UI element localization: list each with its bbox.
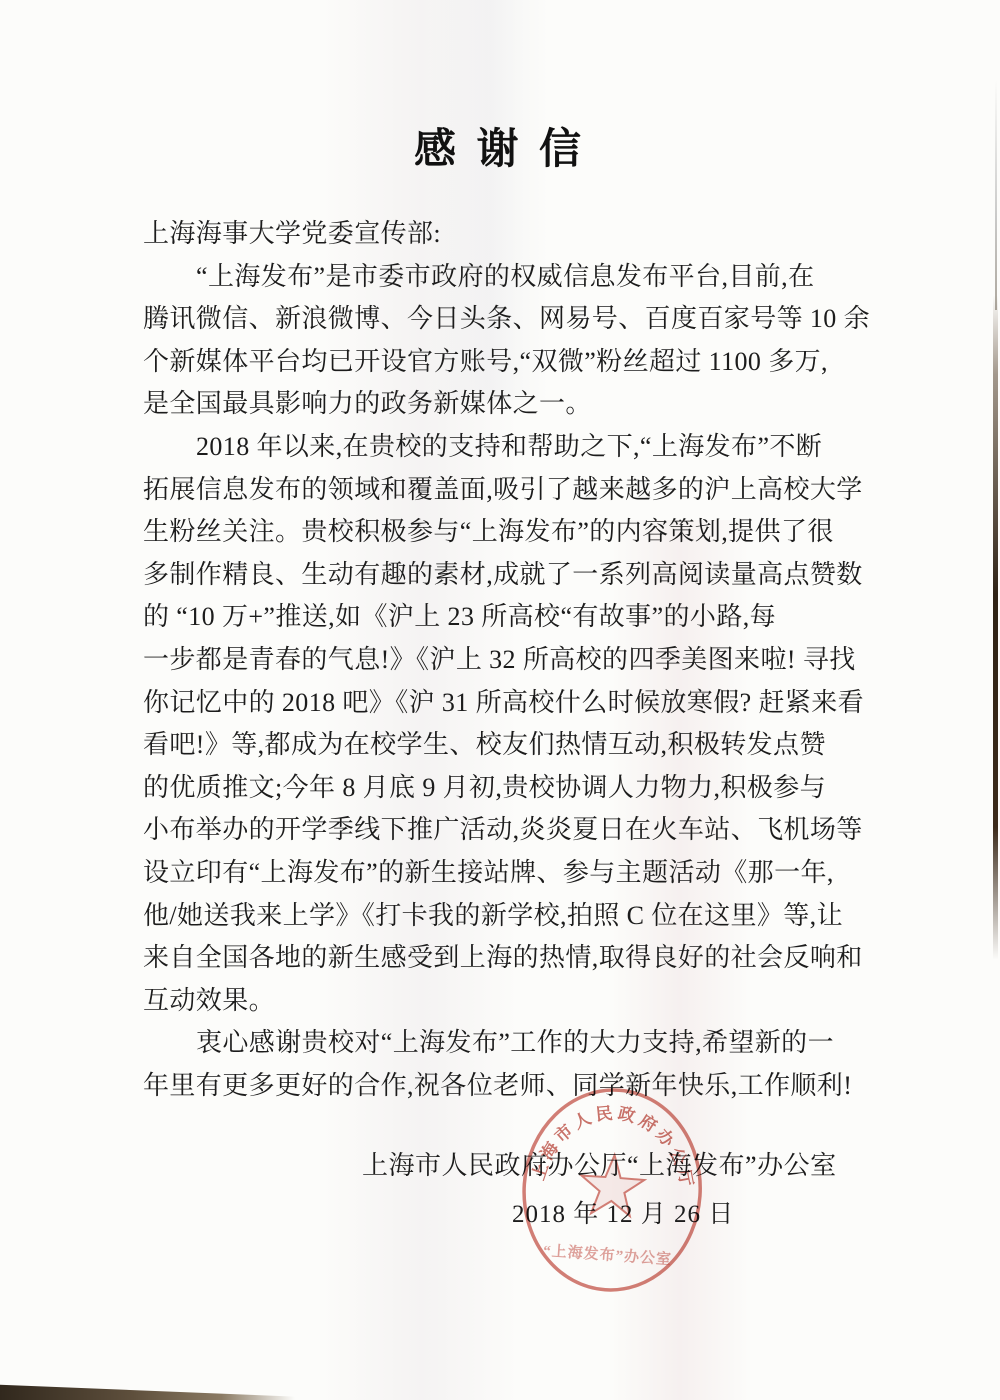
scanned-letter-page: 感 谢 信 上海海事大学党委宣传部: “上海发布”是市委市政府的权威信息发布平台… [0, 0, 1000, 1400]
letter-line: 的优质推文;今年 8 月底 9 月初,贵校协调人力物力,积极参与 [143, 767, 869, 810]
letter-line: 的 “10 万+”推送,如《沪上 23 所高校“有故事”的小路,每 [143, 596, 869, 639]
scan-edge-right [993, 295, 998, 960]
scan-edge-bottom-left [0, 1383, 295, 1400]
letter-line: 他/她送我来上学》《打卡我的新学校,拍照 C 位在这里》等,让 [143, 895, 869, 938]
letter-line: 拓展信息发布的领域和覆盖面,吸引了越来越多的沪上高校大学 [143, 469, 869, 512]
letter-body: 上海海事大学党委宣传部: “上海发布”是市委市政府的权威信息发布平台,目前,在 … [143, 213, 869, 1107]
date-line: 2018 年 12 月 26 日 [512, 1194, 734, 1230]
letter-line: 设立印有“上海发布”的新生接站牌、参与主题活动《那一年, [143, 852, 869, 895]
letter-line: “上海发布”是市委市政府的权威信息发布平台,目前,在 [143, 256, 869, 299]
letter-line: 看吧!》等,都成为在校学生、校友们热情互动,积极转发点赞 [143, 724, 869, 767]
scan-edge-right-faint [995, 80, 997, 310]
letter-line: 生粉丝关注。贵校积极参与“上海发布”的内容策划,提供了很 [143, 511, 869, 554]
letter-line: 衷心感谢贵校对“上海发布”工作的大力支持,希望新的一 [143, 1022, 869, 1065]
official-seal: 上海市人民政府办公厅 “上海发布”办公室 [513, 1082, 711, 1302]
letter-line: 个新媒体平台均已开设官方账号,“双微”粉丝超过 1100 多万, [143, 341, 869, 384]
salutation: 上海海事大学党委宣传部: [143, 213, 869, 256]
letter-line: 来自全国各地的新生感受到上海的热情,取得良好的社会反响和 [143, 937, 869, 980]
letter-line: 2018 年以来,在贵校的支持和帮助之下,“上海发布”不断 [143, 426, 869, 469]
letter-line: 是全国最具影响力的政务新媒体之一。 [143, 383, 869, 426]
seal-bottom-text: “上海发布”办公室 [543, 1241, 673, 1268]
seal-ring [517, 1084, 707, 1296]
letter-line: 你记忆中的 2018 吧》《沪 31 所高校什么时候放寒假? 赶紧来看 [143, 682, 869, 725]
signature-line: 上海市人民政府办公厅“上海发布”办公室 [362, 1145, 837, 1182]
letter-line: 年里有更多更好的合作,祝各位老师、同学新年快乐,工作顺利! [143, 1065, 869, 1108]
letter-line: 腾讯微信、新浪微博、今日头条、网易号、百度百家号等 10 余 [143, 298, 869, 341]
letter-line: 小布举办的开学季线下推广活动,炎炎夏日在火车站、飞机场等 [143, 809, 869, 852]
letter-line: 互动效果。 [143, 980, 869, 1023]
letter-title: 感 谢 信 [0, 116, 1000, 176]
letter-line: 一步都是青春的气息!》《沪上 32 所高校的四季美图来啦! 寻找 [143, 639, 869, 682]
letter-line: 多制作精良、生动有趣的素材,成就了一系列高阅读量高点赞数 [143, 554, 869, 597]
